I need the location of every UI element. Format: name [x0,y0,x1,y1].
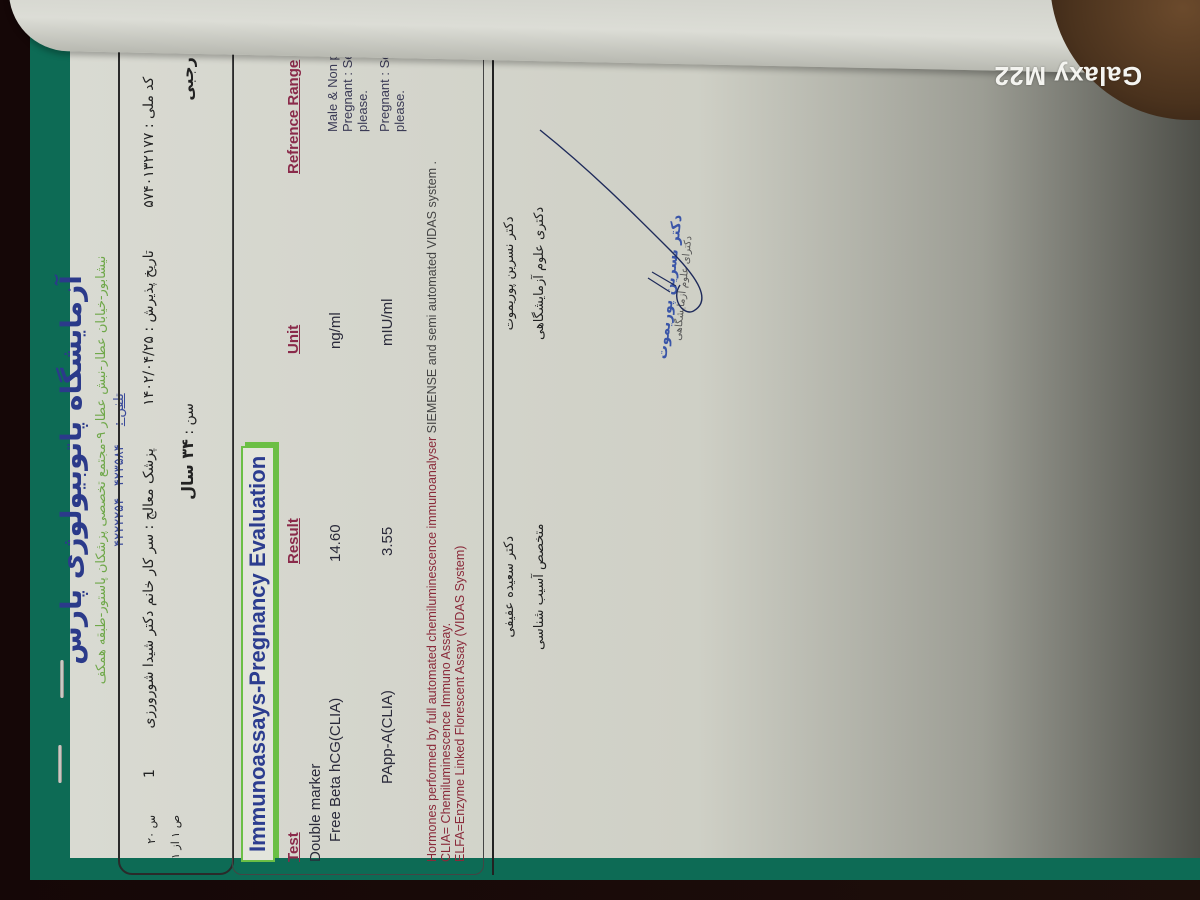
footnote-3: ELFA=Enzyme Linked Florescent Assay (VID… [453,161,467,862]
footnote-1: Hormones performed by full automated che… [425,161,439,862]
lab-address: نیشابور-خیابان عطار-نبش عطار ۹-مجتمع تخص… [94,210,109,730]
physician: پزشک معالج : سر کار خانم دکتر شیدا شورور… [141,448,157,728]
age: سن : ۳۴ سال [178,403,197,500]
column-header-range: Refrence Range [285,60,302,174]
results-box: Immunoassays-Pregnancy Evaluation Test R… [232,0,484,875]
admission-date-value: ۱۴۰۲/۰۴/۲۵ [141,336,157,406]
lab-name: آزمایشگاه پاتوبیولوژی پارس [55,210,88,730]
age-value: ۳۴ سال [178,439,197,500]
row-1-test: Free Beta hCG(CLIA) [327,698,344,842]
national-code-value: ۵۷۴۰۱۳۲۱۷۷ [141,133,157,208]
row-1-unit: ng/ml [327,312,344,349]
staple [60,660,64,698]
column-header-result: Result [285,518,302,564]
footnote-1a: Hormones performed by full automated che… [425,433,439,862]
pathologist-name: دکتر سعیده عفیفی [495,524,525,650]
footnote-2: CLIA= Chemiluminescence Immuno Assay. [439,161,453,862]
signature-pathologist: دکتر سعیده عفیفی متخصص آسیب شناسی [495,524,555,650]
row-2-unit: mIU/ml [379,299,396,347]
row-2-result: 3.55 [379,527,396,556]
physician-label: پزشک معالج : [141,448,157,529]
physician-value: سر کار خانم دکتر شیدا شورورزی [141,534,157,729]
section-title: Immunoassays-Pregnancy Evaluation [241,446,275,862]
national-code-label: کد ملی : [141,77,157,128]
handwritten-signature [520,120,720,380]
sheet-label: س ۲۰ [140,815,164,859]
row-2-test: PApp-A(CLIA) [379,690,396,784]
page-index: 1 [142,769,158,778]
page-marker: س ۲۰ ص ۱ از ۱ [140,815,188,859]
divider-line [492,0,494,875]
admission-date-label: تاریخ پذیرش : [141,250,157,331]
staple [58,745,62,783]
admission-date: تاریخ پذیرش : ۱۴۰۲/۰۴/۲۵ [141,250,157,405]
footnote-1b: SIEMENSE and semi automated VIDAS system… [425,161,439,433]
camera-watermark: Galaxy M22 [994,60,1142,91]
column-header-unit: Unit [285,325,302,354]
lab-report-page: آزمایشگاه پاتوبیولوژی پارس نیشابور-خیابا… [0,0,1200,900]
pathologist-title: متخصص آسیب شناسی [525,524,555,650]
patient-info-box: شماره پذیرش : ۰۳-۱۵۶۸۸ کد ملی : ۵۷۴۰۱۳۲۱… [118,0,234,875]
page-of-label: ص ۱ از ۱ [164,815,188,859]
age-label: سن : [181,403,197,435]
info-row-1: شماره پذیرش : ۰۳-۱۵۶۸۸ کد ملی : ۵۷۴۰۱۳۲۱… [138,0,157,853]
info-row-2: نام مراجعه کننده : خانم زهرا رجبی سن : ۳… [178,0,197,853]
national-code: کد ملی : ۵۷۴۰۱۳۲۱۷۷ [141,77,157,208]
group-name: Double marker [307,764,324,862]
lab-header: آزمایشگاه پاتوبیولوژی پارس نیشابور-خیابا… [55,210,127,730]
column-header-test: Test [285,832,302,862]
footnotes: Hormones performed by full automated che… [425,161,467,862]
row-1-result: 14.60 [327,524,344,562]
